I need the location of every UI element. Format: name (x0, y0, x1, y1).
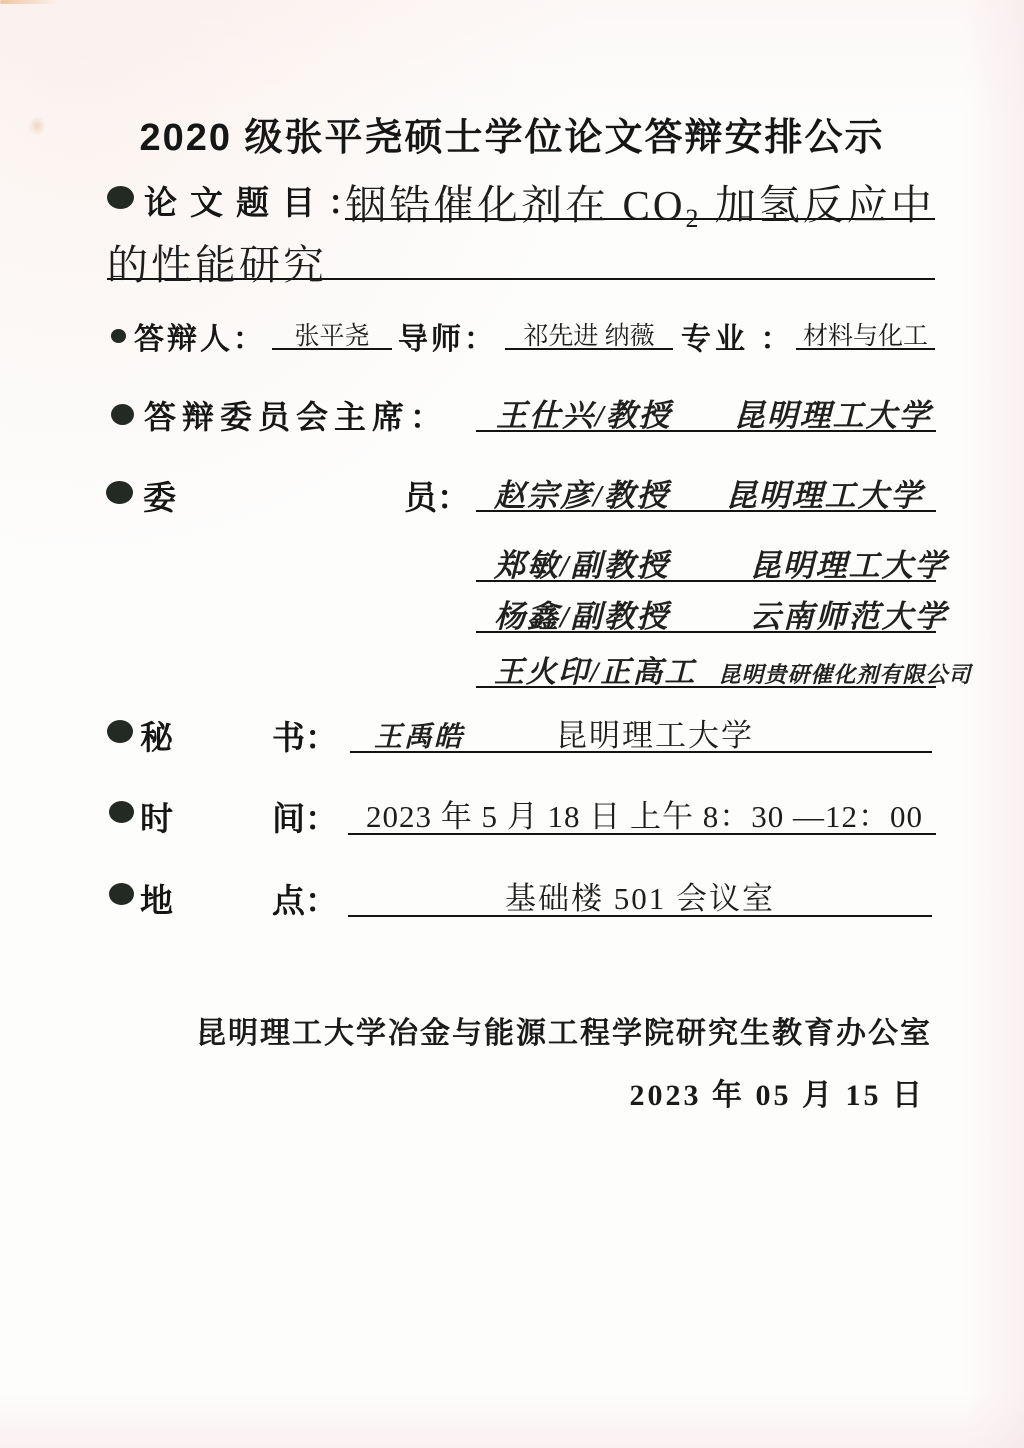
major-label: 专业 ： (681, 314, 795, 358)
chair-affiliation: 昆明理工大学 (734, 390, 932, 435)
page-title: 2020 级张平尧硕士学位论文答辩安排公示 (0, 106, 1024, 161)
defender-label: 答辩人： (134, 314, 266, 358)
secretary-label: 秘 书： (140, 712, 338, 759)
scan-artifact-streak (0, 0, 58, 4)
location-value: 基础楼 501 会议室 (505, 881, 775, 916)
location-label: 地 点： (140, 875, 338, 922)
committee-member-name: 杨鑫/副教授 (494, 591, 670, 636)
thesis-title-label: 论文题目： (144, 177, 374, 224)
major-name: 材料与化工 (803, 323, 928, 350)
time-label: 时 间： (140, 793, 338, 840)
chair-name: 王仕兴/教授 (496, 390, 672, 435)
bullet-icon (111, 329, 126, 343)
committee-member-row: 郑敏/副教授 昆明理工大学 (476, 540, 936, 582)
supervisor-label: 导师： (398, 314, 497, 358)
defender-name: 张平尧 (294, 323, 369, 350)
chair-label: 答辩委员会主席： (144, 392, 448, 438)
secretary-field: 王禹皓 昆明理工大学 (350, 710, 932, 753)
committee-member-name: 王火印/正高工 (494, 647, 696, 691)
committee-label-right: 员： (404, 472, 470, 519)
thesis-title-line2: 的性能研究 (107, 232, 935, 280)
major-field: 材料与化工 (796, 316, 935, 350)
thesis-title-line1: 铟锆催化剂在 CO2 加氢反应中 (345, 172, 935, 220)
thesis-title-text-line2: 的性能研究 (107, 242, 327, 288)
bullet-icon (111, 404, 134, 425)
committee-member-affiliation: 昆明理工大学 (726, 470, 924, 515)
bullet-icon (109, 883, 134, 905)
time-value: 2023 年 5 月 18 日 上午 8：30 —12：00 (366, 799, 923, 834)
chair-field: 王仕兴/教授 昆明理工大学 (476, 390, 936, 432)
location-label-right: 点： (272, 875, 338, 922)
co2-subscript: 2 (685, 204, 701, 233)
thesis-title-text-line1: 铟锆催化剂在 CO2 加氢反应中 (345, 182, 934, 228)
bullet-icon (106, 481, 133, 504)
committee-member-row: 赵宗彦/教授 昆明理工大学 (476, 470, 936, 512)
committee-member-affiliation: 昆明贵研催化剂有限公司 (718, 658, 971, 689)
defender-name-field: 张平尧 (272, 316, 392, 350)
location-field: 基础楼 501 会议室 (348, 873, 932, 917)
supervisor-name: 祁先进 纳薇 (523, 323, 654, 350)
secretary-name: 王禹皓 (374, 715, 464, 755)
committee-label-left: 委 (143, 472, 176, 519)
committee-member-affiliation: 云南师范大学 (750, 591, 948, 636)
secretary-label-right: 书： (272, 712, 338, 759)
committee-member-row: 杨鑫/副教授 云南师范大学 (476, 591, 936, 633)
secretary-affiliation: 昆明理工大学 (556, 710, 754, 755)
supervisor-name-field: 祁先进 纳薇 (505, 316, 673, 350)
footer-date: 2023 年 05 月 15 日 (600, 1070, 925, 1114)
bullet-icon (109, 801, 134, 823)
committee-member-row: 王火印/正高工 昆明贵研催化剂有限公司 (476, 647, 936, 688)
committee-member-affiliation: 昆明理工大学 (750, 540, 948, 585)
time-field: 2023 年 5 月 18 日 上午 8：30 —12：00 (348, 791, 936, 835)
bullet-icon (107, 186, 134, 209)
defense-notice-page: 2020 级张平尧硕士学位论文答辩安排公示 论文题目： 铟锆催化剂在 CO2 加… (0, 0, 1024, 1448)
time-label-right: 间： (272, 793, 338, 840)
time-label-left: 时 (140, 793, 173, 840)
committee-member-name: 郑敏/副教授 (494, 540, 670, 585)
committee-member-name: 赵宗彦/教授 (494, 470, 670, 515)
bullet-icon (107, 720, 133, 743)
location-label-left: 地 (140, 875, 173, 922)
committee-label: 委 员： (143, 472, 470, 519)
footer-office: 昆明理工大学冶金与能源工程学院研究生教育办公室 (193, 1008, 935, 1052)
secretary-label-left: 秘 (140, 712, 173, 759)
